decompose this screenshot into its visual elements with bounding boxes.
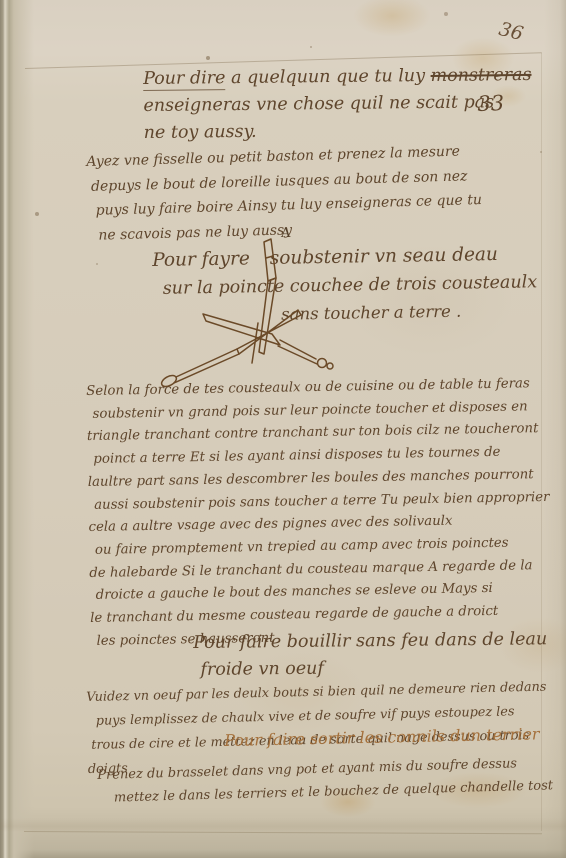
knife1-ring-pommel — [318, 359, 327, 368]
ink-specks — [0, 0, 2, 2]
manuscript-page-photo: 36 Pour dire a quelquun que tu luy monst… — [0, 0, 566, 858]
margin-number: 33 — [477, 91, 505, 116]
recipe3-title-line1: Pour faire bouillir sans feu dans de lea… — [193, 626, 547, 657]
recipe1-title-line1: Pour dire a quelquun que tu luy monstrer… — [143, 62, 532, 93]
recipe1-title-line2: enseigneras vne chose quil ne scait pas — [143, 89, 532, 120]
recipe3-title: Pour faire bouillir sans feu dans de lea… — [193, 626, 548, 684]
recipe1-title: Pour dire a quelquun que tu luy monstrer… — [143, 62, 532, 147]
diagonal-knife1-handle — [278, 340, 317, 364]
diagonal-knife2-blade — [237, 310, 301, 354]
knife1-ring-pommel-2 — [327, 363, 333, 369]
title-rest: a quelquun que tu luy — [225, 66, 430, 88]
folio-number: 36 — [497, 18, 526, 45]
title-lead-word: Pour dire — [143, 68, 226, 91]
bottom-crease-shading — [0, 818, 566, 832]
vertical-knife-handle — [264, 239, 276, 281]
struck-out-word: monstreras — [430, 65, 531, 86]
recipe2-body: Selon la force de tes cousteaulx ou de c… — [86, 373, 552, 653]
